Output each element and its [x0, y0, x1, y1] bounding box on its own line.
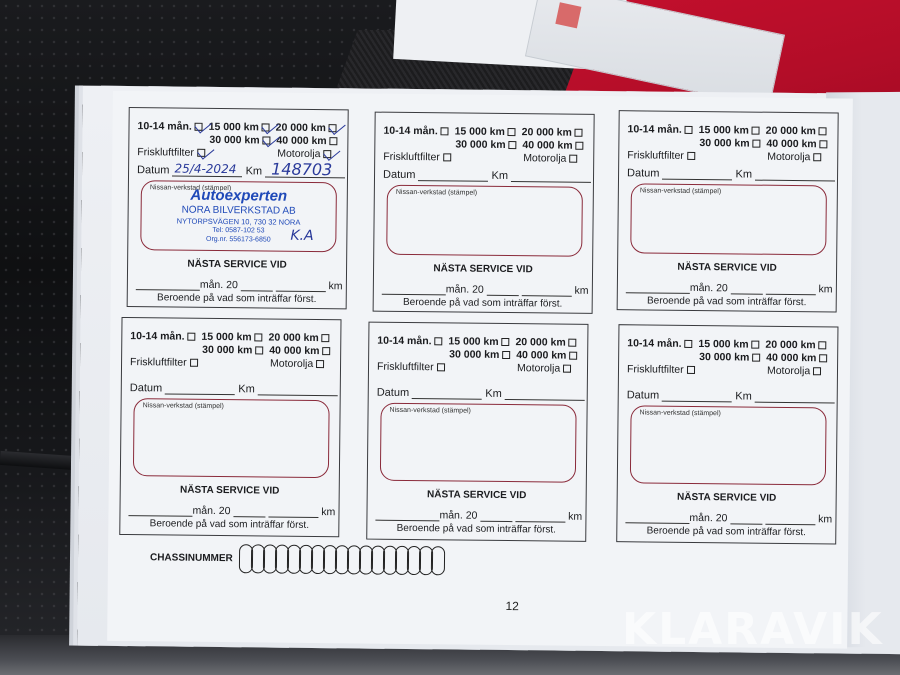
engine-oil-label: Motorolja: [270, 358, 313, 370]
engine-oil-row: Motorolja: [277, 148, 331, 161]
next-km-label: km: [574, 285, 588, 297]
next-service-heading: NÄSTA SERVICE VID: [368, 489, 586, 502]
km-label: Km: [735, 390, 752, 402]
whichever-first-note: Beroende på vad som inträffar först.: [120, 518, 338, 531]
red-tag-icon: [555, 2, 581, 28]
checkbox-interval_months[interactable]: [685, 340, 693, 348]
km-30000-label: 30 000 km: [699, 351, 749, 364]
next-service-km-field[interactable]: [765, 515, 815, 526]
next-service-months-field[interactable]: [136, 280, 200, 291]
next-service-heading: NÄSTA SERVICE VID: [618, 261, 836, 274]
checkbox-km_40000[interactable]: [322, 347, 330, 355]
checkbox-interval_months[interactable]: [441, 128, 449, 136]
km-20000-label: 20 000 km: [765, 339, 815, 352]
next-service-km-field[interactable]: [522, 286, 572, 297]
cabin-filter-label: Friskluftfilter: [130, 356, 187, 369]
engine-oil-label: Motorolja: [767, 151, 810, 163]
next-service-year-field[interactable]: [233, 507, 265, 517]
stamp-name: NORA BILVERKSTAD AB: [141, 204, 337, 217]
km-40000-label: 40 000 km: [276, 135, 326, 148]
cabin-filter-row: Friskluftfilter: [383, 151, 451, 164]
next-service-year-field[interactable]: [241, 281, 273, 291]
next-service-months-field[interactable]: [626, 283, 690, 294]
cabin-filter-label: Friskluftfilter: [383, 151, 440, 164]
interval-row: 10-14 mån. 15 000 km 20 000 km: [627, 337, 827, 351]
checkbox-km_30000[interactable]: [509, 141, 517, 149]
checkbox-km_40000[interactable]: [819, 355, 827, 363]
engine-oil-row: Motorolja: [523, 152, 577, 165]
workshop-stamp-label: Nissan-verkstad (stämpel): [640, 409, 721, 417]
interval-row: 10-14 mån. 15 000 km 20 000 km: [130, 330, 330, 344]
checkbox-cabin_filter[interactable]: [197, 149, 205, 157]
next-service-km-field[interactable]: [276, 282, 326, 293]
cabin-filter-row: Friskluftfilter: [627, 363, 695, 376]
next-service-km-field[interactable]: [766, 285, 816, 296]
date-field[interactable]: 25/4-2024: [172, 167, 242, 178]
interval-row: 10-14 mån. 15 000 km 20 000 km: [627, 123, 827, 137]
checkbox-cabin_filter[interactable]: [443, 154, 451, 162]
cabin-filter-row: Friskluftfilter: [130, 356, 198, 369]
whichever-first-note: Beroende på vad som inträffar först.: [618, 295, 836, 308]
next-service-heading: NÄSTA SERVICE VID: [121, 484, 339, 497]
workshop-stamp-label: Nissan-verkstad (stämpel): [640, 187, 721, 195]
next-service-row: mån. 20 km: [128, 504, 335, 518]
km-15000-label: 15 000 km: [209, 121, 259, 134]
date-field[interactable]: [662, 392, 732, 403]
checkbox-interval_months[interactable]: [195, 123, 203, 131]
next-service-row: mån. 20 km: [626, 281, 833, 295]
km-15000-label: 15 000 km: [455, 125, 505, 138]
date-label: Datum: [137, 164, 170, 176]
next-months-label: mån. 20: [200, 279, 238, 291]
next-km-label: km: [818, 513, 832, 525]
next-months-label: mån. 20: [192, 505, 230, 517]
checkbox-km_20000[interactable]: [819, 342, 827, 350]
date-label: Datum: [627, 389, 660, 401]
workshop-stamp-label: Nissan-verkstad (stämpel): [396, 189, 477, 197]
km-15000-label: 15 000 km: [448, 335, 498, 348]
workshop-stamp-area: Nissan-verkstad (stämpel): [630, 405, 827, 485]
km-30000-label: 30 000 km: [202, 344, 252, 357]
left-page: 10-14 mån. 15 000 km 20 000 km 30 000 km…: [107, 91, 853, 649]
checkbox-engine_oil[interactable]: [316, 360, 324, 368]
whichever-first-note: Beroende på vad som inträffar först.: [128, 292, 346, 305]
km-15000-label: 15 000 km: [698, 338, 748, 351]
cabin-filter-row: Friskluftfilter: [627, 149, 695, 162]
service-entry-box: 10-14 mån. 15 000 km 20 000 km 30 000 km…: [616, 324, 838, 544]
checkbox-km_40000[interactable]: [569, 352, 577, 360]
km-30000-label: 30 000 km: [449, 348, 499, 361]
date-field[interactable]: [412, 389, 482, 400]
date-field[interactable]: [418, 171, 488, 182]
engine-oil-label: Motorolja: [277, 148, 320, 160]
km-40000-label: 40 000 km: [269, 345, 319, 358]
workshop-stamp-area: Nissan-verkstad (stämpel): [630, 183, 827, 255]
workshop-stamp-area: Nissan-verkstad (stämpel): [380, 403, 577, 483]
workshop-stamp-label: Nissan-verkstad (stämpel): [143, 402, 224, 410]
km-row-2: 30 000 km 40 000 km: [202, 344, 330, 357]
km-label: Km: [238, 383, 255, 395]
checkbox-engine_oil[interactable]: [813, 153, 821, 161]
date-km-row: Datum 25/4-2024 Km 148703: [137, 164, 345, 178]
cabin-filter-row: Friskluftfilter: [137, 146, 205, 159]
checkbox-engine_oil[interactable]: [569, 155, 577, 163]
interval-row: 10-14 mån. 15 000 km 20 000 km: [377, 335, 577, 349]
workshop-stamp: Autoexperten NORA BILVERKSTAD AB NYTORPS…: [140, 180, 337, 252]
workshop-stamp-area: Nissan-verkstad (stämpel): [133, 398, 330, 478]
engine-oil-row: Motorolja: [767, 151, 821, 164]
km-30000-label: 30 000 km: [209, 134, 259, 147]
service-booklet: 10-14 mån. 15 000 km 20 000 km 30 000 km…: [77, 86, 900, 655]
checkbox-km_30000[interactable]: [753, 140, 761, 148]
workshop-stamp-label: Nissan-verkstad (stämpel): [390, 407, 471, 415]
km-field[interactable]: [505, 390, 585, 401]
engine-oil-label: Motorolja: [517, 362, 560, 374]
next-service-months-field[interactable]: [625, 513, 689, 524]
next-service-row: mån. 20 km: [382, 283, 589, 297]
watermark: KLARAVIK: [622, 604, 884, 655]
checkbox-engine_oil[interactable]: [323, 150, 331, 158]
date-field[interactable]: [662, 170, 732, 181]
checkbox-km_20000[interactable]: [819, 127, 827, 135]
signature: K.A: [290, 228, 313, 244]
km-40000-label: 40 000 km: [766, 352, 816, 365]
date-km-row: Datum Km: [377, 387, 585, 401]
checkbox-km_40000[interactable]: [576, 142, 584, 150]
km-label: Km: [492, 170, 509, 182]
engine-oil-label: Motorolja: [767, 365, 810, 377]
checkbox-km_30000[interactable]: [255, 347, 263, 355]
checkbox-km_15000[interactable]: [502, 338, 510, 346]
checkbox-interval_months[interactable]: [188, 333, 196, 341]
interval-months-label: 10-14 mån.: [383, 125, 437, 138]
date-field[interactable]: [165, 384, 235, 395]
next-service-km-field[interactable]: [515, 512, 565, 523]
km-20000-label: 20 000 km: [276, 122, 326, 135]
km-row-2: 30 000 km 40 000 km: [699, 137, 827, 150]
checkbox-km_30000[interactable]: [263, 137, 271, 145]
checkbox-km_15000[interactable]: [508, 128, 516, 136]
km-row-2: 30 000 km 40 000 km: [209, 134, 337, 147]
checkbox-km_30000[interactable]: [752, 354, 760, 362]
date-km-row: Datum Km: [627, 389, 835, 403]
next-service-year-field[interactable]: [487, 286, 519, 296]
next-km-label: km: [329, 280, 343, 292]
km-30000-label: 30 000 km: [455, 138, 505, 151]
checkbox-cabin_filter[interactable]: [687, 366, 695, 374]
next-service-heading: NÄSTA SERVICE VID: [128, 258, 346, 271]
workshop-stamp-area: Nissan-verkstad (stämpel): [386, 185, 583, 257]
service-entry-box: 10-14 mån. 15 000 km 20 000 km 30 000 km…: [119, 317, 341, 537]
whichever-first-note: Beroende på vad som inträffar först.: [617, 525, 835, 538]
chassis-label: CHASSINUMMER: [150, 552, 233, 564]
interval-months-label: 10-14 mån.: [627, 337, 681, 350]
engine-oil-row: Motorolja: [767, 365, 821, 378]
km-field[interactable]: 148703: [265, 167, 345, 178]
next-km-label: km: [819, 283, 833, 295]
next-months-label: mån. 20: [689, 512, 727, 524]
km-label: Km: [736, 168, 753, 180]
next-service-km-field[interactable]: [268, 508, 318, 519]
checkbox-cabin_filter[interactable]: [437, 364, 445, 372]
km-15000-label: 15 000 km: [699, 124, 749, 137]
next-service-row: mån. 20 km: [136, 278, 343, 292]
km-40000-label: 40 000 km: [516, 349, 566, 362]
km-20000-label: 20 000 km: [515, 336, 565, 349]
next-service-year-field[interactable]: [480, 512, 512, 522]
next-km-label: km: [321, 506, 335, 518]
next-service-heading: NÄSTA SERVICE VID: [374, 263, 592, 276]
date-label: Datum: [377, 387, 410, 399]
cabin-filter-label: Friskluftfilter: [377, 361, 434, 374]
km-field[interactable]: [511, 172, 591, 183]
date-label: Datum: [627, 167, 660, 179]
km-20000-label: 20 000 km: [766, 125, 816, 138]
date-km-row: Datum Km: [627, 167, 835, 181]
next-service-heading: NÄSTA SERVICE VID: [618, 491, 836, 504]
next-service-year-field[interactable]: [731, 284, 763, 294]
km-15000-label: 15 000 km: [201, 331, 251, 344]
next-service-row: mån. 20 km: [625, 511, 832, 525]
km-field[interactable]: [755, 393, 835, 404]
cabin-filter-label: Friskluftfilter: [627, 149, 684, 162]
checkbox-km_15000[interactable]: [752, 127, 760, 135]
checkbox-engine_oil[interactable]: [563, 365, 571, 373]
cabin-filter-label: Friskluftfilter: [627, 363, 684, 376]
checkbox-km_30000[interactable]: [502, 351, 510, 359]
stamp-brand: Autoexperten: [141, 186, 337, 205]
date-km-row: Datum Km: [383, 169, 591, 183]
next-km-label: km: [568, 511, 582, 523]
interval-row: 10-14 mån. 15 000 km 20 000 km: [383, 125, 583, 139]
engine-oil-row: Motorolja: [517, 362, 571, 375]
interval-row: 10-14 mån. 15 000 km 20 000 km: [137, 120, 337, 134]
chassis-number-row: CHASSINUMMER: [150, 543, 443, 575]
km-field[interactable]: [258, 385, 338, 396]
km-40000-label: 40 000 km: [766, 138, 816, 151]
checkbox-cabin_filter[interactable]: [687, 152, 695, 160]
service-entry-box: 10-14 mån. 15 000 km 20 000 km 30 000 km…: [617, 110, 839, 312]
km-row-2: 30 000 km 40 000 km: [449, 348, 577, 361]
service-entry-box: 10-14 mån. 15 000 km 20 000 km 30 000 km…: [366, 322, 588, 542]
next-service-row: mån. 20 km: [375, 509, 582, 523]
next-service-year-field[interactable]: [730, 514, 762, 524]
km-30000-label: 30 000 km: [699, 137, 749, 150]
interval-months-label: 10-14 mån.: [130, 330, 184, 343]
checkbox-km_15000[interactable]: [262, 124, 270, 132]
next-service-months-field[interactable]: [128, 506, 192, 517]
next-months-label: mån. 20: [439, 509, 477, 521]
chassis-digit-slot[interactable]: [431, 546, 445, 575]
interval-months-label: 10-14 mån.: [377, 335, 431, 348]
next-service-months-field[interactable]: [382, 285, 446, 296]
checkbox-engine_oil[interactable]: [813, 367, 821, 375]
engine-oil-label: Motorolja: [523, 152, 566, 164]
interval-months-label: 10-14 mån.: [627, 123, 681, 136]
km-label: Km: [246, 165, 263, 177]
km-row-2: 30 000 km 40 000 km: [455, 138, 583, 151]
cabin-filter-row: Friskluftfilter: [377, 361, 445, 374]
service-entry-box: 10-14 mån. 15 000 km 20 000 km 30 000 km…: [373, 112, 595, 314]
km-40000-label: 40 000 km: [522, 139, 572, 152]
interval-months-label: 10-14 mån.: [137, 120, 191, 133]
checkbox-cabin_filter[interactable]: [190, 359, 198, 367]
service-entry-box: 10-14 mån. 15 000 km 20 000 km 30 000 km…: [127, 107, 349, 309]
checkbox-km_20000[interactable]: [575, 129, 583, 137]
engine-oil-row: Motorolja: [270, 358, 324, 371]
next-months-label: mån. 20: [446, 283, 484, 295]
date-km-row: Datum Km: [130, 382, 338, 396]
chassis-slots: [239, 544, 443, 575]
checkbox-km_20000[interactable]: [569, 339, 577, 347]
checkbox-interval_months[interactable]: [435, 337, 443, 345]
checkbox-km_20000[interactable]: [329, 124, 337, 132]
checkbox-interval_months[interactable]: [685, 126, 693, 134]
date-label: Datum: [383, 169, 416, 181]
checkbox-km_15000[interactable]: [752, 341, 760, 349]
km-20000-label: 20 000 km: [522, 126, 572, 139]
next-months-label: mån. 20: [690, 282, 728, 294]
checkbox-km_40000[interactable]: [820, 141, 828, 149]
checkbox-km_15000[interactable]: [255, 334, 263, 342]
checkbox-km_20000[interactable]: [322, 334, 330, 342]
km-label: Km: [485, 388, 502, 400]
cabin-filter-label: Friskluftfilter: [137, 146, 194, 159]
date-label: Datum: [130, 382, 163, 394]
km-row-2: 30 000 km 40 000 km: [699, 351, 827, 364]
page-number: 12: [505, 599, 519, 613]
next-service-months-field[interactable]: [375, 511, 439, 522]
whichever-first-note: Beroende på vad som inträffar först.: [367, 523, 585, 536]
km-20000-label: 20 000 km: [268, 332, 318, 345]
km-field[interactable]: [755, 171, 835, 182]
whichever-first-note: Beroende på vad som inträffar först.: [374, 297, 592, 310]
